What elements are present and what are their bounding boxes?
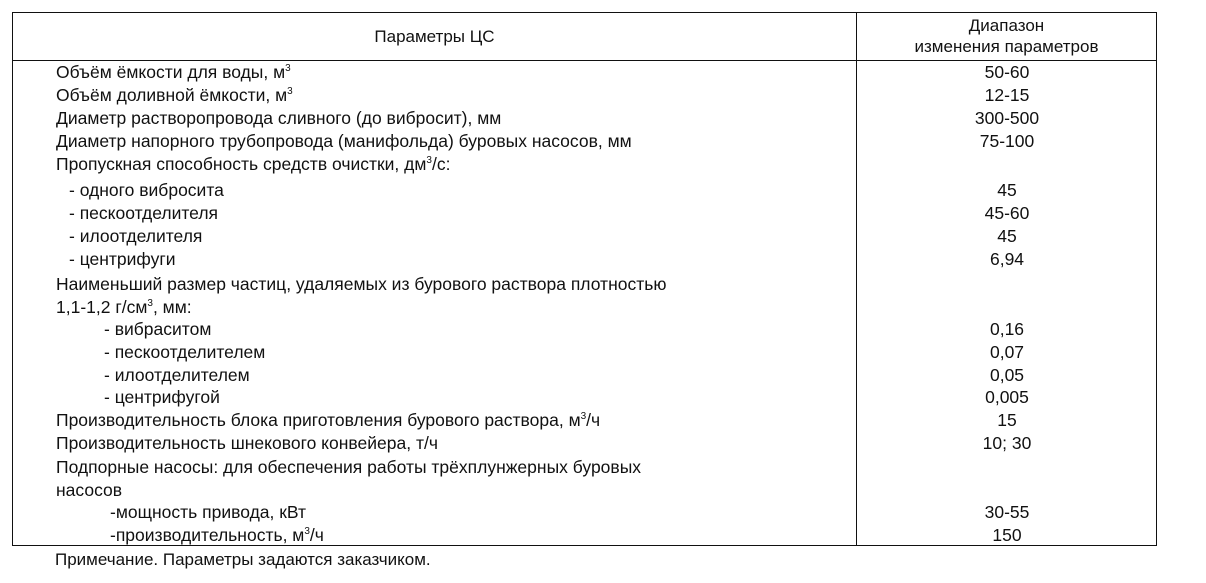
row-label: насосов (56, 479, 122, 502)
row-value: 0,05 (857, 364, 1157, 387)
row-value: 45-60 (857, 202, 1157, 225)
table-row: -производительность, м3/ч150 (13, 524, 1156, 547)
row-label: -мощность привода, кВт (110, 501, 306, 524)
table-row: Пропускная способность средств очистки, … (13, 153, 1156, 176)
table-row: Наименьший размер частиц, удаляемых из б… (13, 273, 1156, 296)
row-value: 300-500 (857, 107, 1157, 130)
row-value: 0,07 (857, 341, 1157, 364)
table-row: - илоотделителя45 (13, 225, 1156, 248)
table-row: - илоотделителем0,05 (13, 364, 1156, 387)
row-value: 50-60 (857, 61, 1157, 84)
row-label: Подпорные насосы: для обеспечения работы… (56, 456, 641, 479)
table-row: - пескоотделителя45-60 (13, 202, 1156, 225)
row-label: - одного вибросита (69, 179, 224, 202)
row-value: 0,16 (857, 318, 1157, 341)
header-range-line2: изменения параметров (857, 36, 1156, 57)
row-label: Пропускная способность средств очистки, … (56, 153, 450, 179)
table-row: -мощность привода, кВт30-55 (13, 501, 1156, 524)
table-row: Подпорные насосы: для обеспечения работы… (13, 456, 1156, 479)
row-value: 10; 30 (857, 432, 1157, 455)
table-row: - одного вибросита45 (13, 179, 1156, 202)
row-value: 75-100 (857, 130, 1157, 153)
table-row: 1,1-1,2 г/см3, мм: (13, 296, 1156, 319)
row-label: Наименьший размер частиц, удаляемых из б… (56, 273, 666, 296)
row-label: Производительность шнекового конвейера, … (56, 432, 438, 455)
row-value: 0,005 (857, 386, 1157, 409)
row-label: - пескоотделителя (69, 202, 218, 225)
row-label: Диаметр растворопровода сливного (до виб… (56, 107, 501, 130)
table-row: Объём ёмкости для воды, м350-60 (13, 61, 1156, 84)
table-row: Объём доливной ёмкости, м312-15 (13, 84, 1156, 107)
table-row: Диаметр растворопровода сливного (до виб… (13, 107, 1156, 130)
table-row: - вибраситом0,16 (13, 318, 1156, 341)
row-label: - илоотделителем (104, 364, 250, 387)
row-label: Диаметр напорного трубопровода (манифоль… (56, 130, 632, 153)
row-value: 12-15 (857, 84, 1157, 107)
table-row: - пескоотделителем0,07 (13, 341, 1156, 364)
table-row: Производительность блока приготовления б… (13, 409, 1156, 432)
row-value: 6,94 (857, 248, 1157, 271)
table-row: Диаметр напорного трубопровода (манифоль… (13, 130, 1156, 153)
table-note: Примечание. Параметры задаются заказчико… (55, 550, 431, 570)
row-value: 45 (857, 225, 1157, 248)
row-value: 30-55 (857, 501, 1157, 524)
header-range-line1: Диапазон (857, 15, 1156, 36)
header-parameters: Параметры ЦС (13, 27, 856, 47)
row-label: - пескоотделителем (104, 341, 265, 364)
row-value: 15 (857, 409, 1157, 432)
table-row: - центрифугой0,005 (13, 386, 1156, 409)
row-value: 150 (857, 524, 1157, 547)
parameters-table: Параметры ЦС Диапазон изменения параметр… (12, 12, 1157, 546)
header-range: Диапазон изменения параметров (857, 15, 1156, 57)
row-label: - центрифугой (104, 386, 220, 409)
table-row: Производительность шнекового конвейера, … (13, 432, 1156, 455)
row-label: - вибраситом (104, 318, 211, 341)
row-label: -производительность, м3/ч (110, 524, 324, 550)
row-label: - илоотделителя (69, 225, 202, 248)
row-label: - центрифуги (69, 248, 176, 271)
table-row: насосов (13, 479, 1156, 502)
row-value: 45 (857, 179, 1157, 202)
table-row: - центрифуги6,94 (13, 248, 1156, 271)
